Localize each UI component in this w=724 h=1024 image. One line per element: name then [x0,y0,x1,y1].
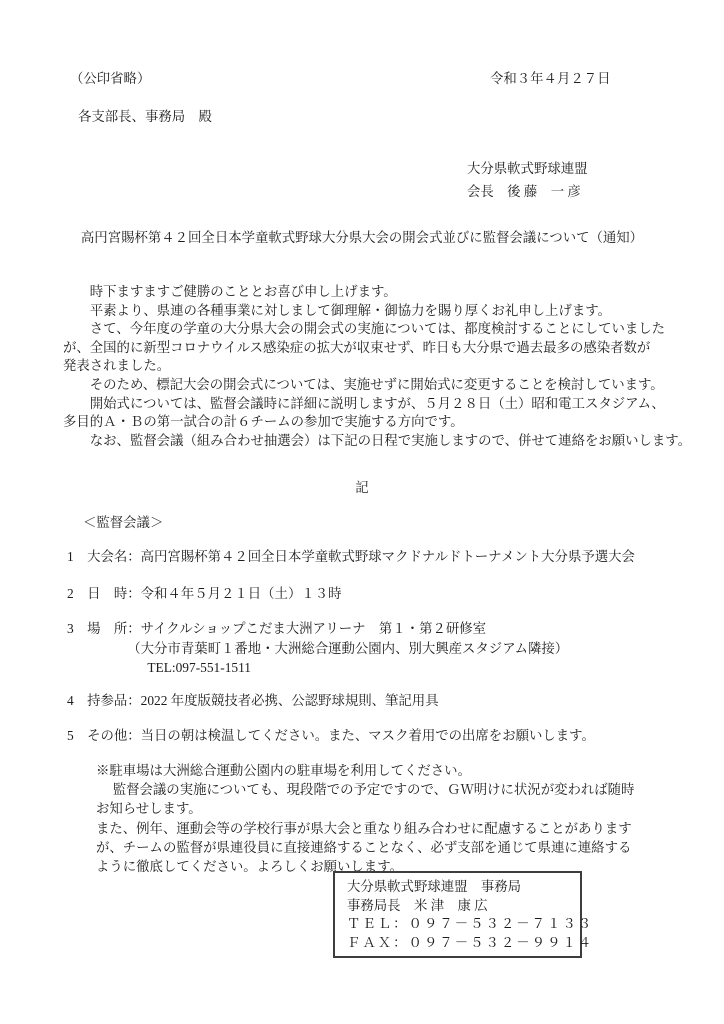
recipient-line: 各支部長、事務局 殿 [78,106,212,125]
section-heading-managers-meeting: ＜監督会議＞ [83,512,163,531]
contact-fax: ＦＡＸ：０９７－５３２－９９１４ [347,934,568,953]
contact-organization: 大分県軟式野球連盟 事務局 [347,878,568,897]
list-item-venue: 3 場 所：サイクルショップこだま大洲アリーナ 第１・第２研修室 （大分市青葉町… [67,619,707,678]
document-title: 高円宮賜杯第４２回全日本学童軟式野球大分県大会の開会式並びに監督会議について（通… [0,227,724,246]
contact-info-box: 大分県軟式野球連盟 事務局 事務局長 米 津 康 広 ＴＥＬ：０９７－５３２－７… [333,871,582,958]
document-date: 令和３年４月２７日 [490,68,611,87]
contact-tel: ＴＥＬ：０９７－５３２－７１３３ [347,915,568,934]
notes-paragraph: ※駐車場は大洲総合運動公園内の駐車場を利用してください。 監督会議の実施について… [96,761,696,876]
sender-block: 大分県軟式野球連盟 会長 後 藤 一 彦 [467,157,588,203]
document-page: （公印省略） 令和３年４月２７日 各支部長、事務局 殿 大分県軟式野球連盟 会長… [0,0,724,1024]
seal-omission-note: （公印省略） [70,68,150,87]
body-paragraphs: 時下ますますご健勝のこととお喜び申し上げます。 平素より、県連の各種事業に対しま… [63,283,711,450]
record-marker: 記 [0,477,724,496]
sender-organization: 大分県軟式野球連盟 [467,157,588,180]
list-item-tournament-name: 1 大会名：高円宮賜杯第４２回全日本学童軟式野球マクドナルドトーナメント大分県予… [67,547,707,567]
list-item-things-to-bring: 4 持参品：2022 年度版競技者必携、公認野球規則、筆記用具 [67,691,707,711]
sender-signer: 会長 後 藤 一 彦 [467,180,588,203]
list-item-date-time: 2 日 時：令和４年５月２１日（土）１３時 [67,584,707,604]
contact-manager: 事務局長 米 津 康 広 [347,897,568,916]
list-item-other: 5 その他：当日の朝は検温してください。また、マスク着用での出席をお願いします。 [67,726,707,746]
